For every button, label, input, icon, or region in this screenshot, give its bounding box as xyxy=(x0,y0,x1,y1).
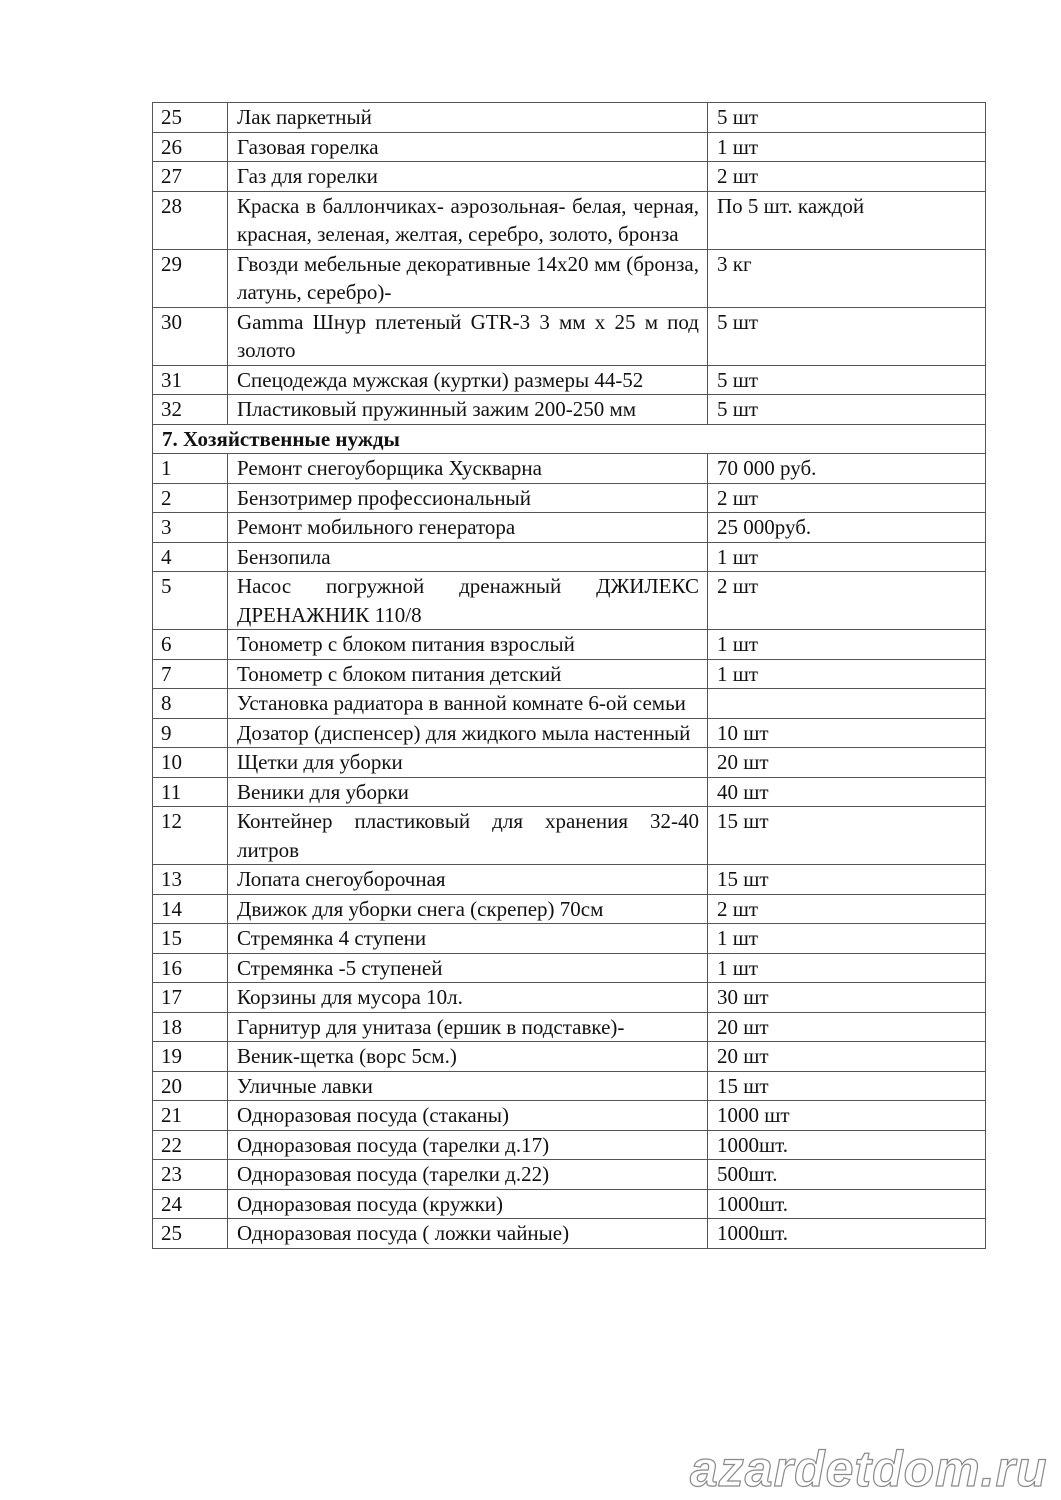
item-description: Тонометр с блоком питания детский xyxy=(228,659,708,689)
item-description: Газ для горелки xyxy=(228,162,708,192)
item-quantity: 15 шт xyxy=(708,1071,986,1101)
row-number: 6 xyxy=(153,630,228,660)
row-number: 10 xyxy=(153,748,228,778)
table-row: 24 Одноразовая посуда (кружки) 1000шт. xyxy=(153,1189,986,1219)
row-number: 9 xyxy=(153,718,228,748)
table-row: 9 Дозатор (диспенсер) для жидкого мыла н… xyxy=(153,718,986,748)
item-description: Веники для уборки xyxy=(228,777,708,807)
item-quantity: 1000 шт xyxy=(708,1101,986,1131)
item-quantity: 30 шт xyxy=(708,983,986,1013)
item-quantity xyxy=(708,689,986,719)
row-number: 13 xyxy=(153,865,228,895)
row-number: 2 xyxy=(153,483,228,513)
row-number: 25 xyxy=(153,1219,228,1249)
item-quantity: 2 шт xyxy=(708,483,986,513)
item-quantity: 1 шт xyxy=(708,953,986,983)
item-description: Одноразовая посуда (кружки) xyxy=(228,1189,708,1219)
table-row: 13 Лопата снегоуборочная 15 шт xyxy=(153,865,986,895)
item-description: Корзины для мусора 10л. xyxy=(228,983,708,1013)
row-number: 25 xyxy=(153,103,228,133)
item-description: Движок для уборки снега (скрепер) 70см xyxy=(228,894,708,924)
row-number: 7 xyxy=(153,659,228,689)
table-row: 30 Gamma Шнур плетеный GTR-3 3 мм x 25 м… xyxy=(153,307,986,365)
item-quantity: 70 000 руб. xyxy=(708,454,986,484)
row-number: 30 xyxy=(153,307,228,365)
row-number: 29 xyxy=(153,249,228,307)
site-watermark: azardetdom.ru xyxy=(690,1440,1048,1498)
item-quantity: 25 000руб. xyxy=(708,513,986,543)
row-number: 4 xyxy=(153,542,228,572)
item-description: Ремонт мобильного генератора xyxy=(228,513,708,543)
table-row: 23 Одноразовая посуда (тарелки д.22) 500… xyxy=(153,1160,986,1190)
row-number: 22 xyxy=(153,1130,228,1160)
table-body-section-header: 7. Хозяйственные нужды xyxy=(153,424,986,454)
table-row: 28 Краска в баллончиках- аэрозольная- бе… xyxy=(153,191,986,249)
table-body-household-needs: 1 Ремонт снегоуборщика Хускварна 70 000 … xyxy=(153,454,986,1249)
item-quantity: 5 шт xyxy=(708,103,986,133)
item-quantity: 10 шт xyxy=(708,718,986,748)
item-quantity: 1 шт xyxy=(708,132,986,162)
row-number: 12 xyxy=(153,807,228,865)
row-number: 24 xyxy=(153,1189,228,1219)
item-quantity: 1 шт xyxy=(708,630,986,660)
item-description: Стремянка 4 ступени xyxy=(228,924,708,954)
item-description: Gamma Шнур плетеный GTR-3 3 мм x 25 м по… xyxy=(228,307,708,365)
row-number: 17 xyxy=(153,983,228,1013)
item-quantity: 1 шт xyxy=(708,659,986,689)
table-row: 14 Движок для уборки снега (скрепер) 70с… xyxy=(153,894,986,924)
table-row: 22 Одноразовая посуда (тарелки д.17) 100… xyxy=(153,1130,986,1160)
table-row: 15 Стремянка 4 ступени 1 шт xyxy=(153,924,986,954)
item-quantity: 3 кг xyxy=(708,249,986,307)
row-number: 18 xyxy=(153,1012,228,1042)
item-description: Одноразовая посуда ( ложки чайные) xyxy=(228,1219,708,1249)
item-description: Ремонт снегоуборщика Хускварна xyxy=(228,454,708,484)
table-row: 17 Корзины для мусора 10л. 30 шт xyxy=(153,983,986,1013)
item-quantity: 20 шт xyxy=(708,748,986,778)
table-row: 8 Установка радиатора в ванной комнате 6… xyxy=(153,689,986,719)
item-quantity: 2 шт xyxy=(708,894,986,924)
item-description: Тонометр с блоком питания взрослый xyxy=(228,630,708,660)
item-quantity: По 5 шт. каждой xyxy=(708,191,986,249)
item-quantity: 2 шт xyxy=(708,162,986,192)
row-number: 1 xyxy=(153,454,228,484)
row-number: 5 xyxy=(153,572,228,630)
row-number: 20 xyxy=(153,1071,228,1101)
supplies-table: 25 Лак паркетный 5 шт 26 Газовая горелка… xyxy=(152,102,986,1249)
row-number: 21 xyxy=(153,1101,228,1131)
item-description: Веник-щетка (ворс 5см.) xyxy=(228,1042,708,1072)
item-description: Насос погружной дренажный ДЖИЛЕКС ДРЕНАЖ… xyxy=(228,572,708,630)
row-number: 19 xyxy=(153,1042,228,1072)
item-quantity: 1000шт. xyxy=(708,1189,986,1219)
table-row: 19 Веник-щетка (ворс 5см.) 20 шт xyxy=(153,1042,986,1072)
table-row: 25 Одноразовая посуда ( ложки чайные) 10… xyxy=(153,1219,986,1249)
row-number: 3 xyxy=(153,513,228,543)
item-quantity: 5 шт xyxy=(708,307,986,365)
item-description: Одноразовая посуда (тарелки д.22) xyxy=(228,1160,708,1190)
item-quantity: 40 шт xyxy=(708,777,986,807)
item-description: Бензотример профессиональный xyxy=(228,483,708,513)
item-description: Дозатор (диспенсер) для жидкого мыла нас… xyxy=(228,718,708,748)
item-quantity: 5 шт xyxy=(708,365,986,395)
item-description: Установка радиатора в ванной комнате 6-о… xyxy=(228,689,708,719)
table-row: 26 Газовая горелка 1 шт xyxy=(153,132,986,162)
table-row: 27 Газ для горелки 2 шт xyxy=(153,162,986,192)
table-row: 11 Веники для уборки 40 шт xyxy=(153,777,986,807)
row-number: 8 xyxy=(153,689,228,719)
item-description: Гвозди мебельные декоративные 14х20 мм (… xyxy=(228,249,708,307)
section-title: 7. Хозяйственные нужды xyxy=(153,424,986,454)
table-row: 6 Тонометр с блоком питания взрослый 1 ш… xyxy=(153,630,986,660)
row-number: 28 xyxy=(153,191,228,249)
table-row: 32 Пластиковый пружинный зажим 200-250 м… xyxy=(153,395,986,425)
table-row: 7 Тонометр с блоком питания детский 1 шт xyxy=(153,659,986,689)
table-row: 29 Гвозди мебельные декоративные 14х20 м… xyxy=(153,249,986,307)
row-number: 23 xyxy=(153,1160,228,1190)
table-row: 1 Ремонт снегоуборщика Хускварна 70 000 … xyxy=(153,454,986,484)
item-description: Одноразовая посуда (стаканы) xyxy=(228,1101,708,1131)
table-row: 3 Ремонт мобильного генератора 25 000руб… xyxy=(153,513,986,543)
item-description: Щетки для уборки xyxy=(228,748,708,778)
row-number: 11 xyxy=(153,777,228,807)
item-quantity: 1 шт xyxy=(708,924,986,954)
item-quantity: 1000шт. xyxy=(708,1130,986,1160)
table-row: 20 Уличные лавки 15 шт xyxy=(153,1071,986,1101)
document-page: 25 Лак паркетный 5 шт 26 Газовая горелка… xyxy=(152,102,985,1249)
row-number: 14 xyxy=(153,894,228,924)
item-description: Стремянка -5 ступеней xyxy=(228,953,708,983)
item-description: Спецодежда мужская (куртки) размеры 44-5… xyxy=(228,365,708,395)
item-description: Бензопила xyxy=(228,542,708,572)
item-quantity: 1000шт. xyxy=(708,1219,986,1249)
table-row: 2 Бензотример профессиональный 2 шт xyxy=(153,483,986,513)
item-quantity: 20 шт xyxy=(708,1042,986,1072)
item-quantity: 1 шт xyxy=(708,542,986,572)
table-row: 16 Стремянка -5 ступеней 1 шт xyxy=(153,953,986,983)
table-row: 5 Насос погружной дренажный ДЖИЛЕКС ДРЕН… xyxy=(153,572,986,630)
item-description: Одноразовая посуда (тарелки д.17) xyxy=(228,1130,708,1160)
row-number: 26 xyxy=(153,132,228,162)
table-row: 10 Щетки для уборки 20 шт xyxy=(153,748,986,778)
table-row: 25 Лак паркетный 5 шт xyxy=(153,103,986,133)
item-description: Контейнер пластиковый для хранения 32-40… xyxy=(228,807,708,865)
row-number: 15 xyxy=(153,924,228,954)
table-row: 31 Спецодежда мужская (куртки) размеры 4… xyxy=(153,365,986,395)
table-row: 21 Одноразовая посуда (стаканы) 1000 шт xyxy=(153,1101,986,1131)
item-description: Гарнитур для унитаза (ершик в подставке)… xyxy=(228,1012,708,1042)
table-row: 4 Бензопила 1 шт xyxy=(153,542,986,572)
row-number: 31 xyxy=(153,365,228,395)
item-description: Газовая горелка xyxy=(228,132,708,162)
item-description: Лак паркетный xyxy=(228,103,708,133)
item-description: Краска в баллончиках- аэрозольная- белая… xyxy=(228,191,708,249)
item-description: Пластиковый пружинный зажим 200-250 мм xyxy=(228,395,708,425)
item-quantity: 2 шт xyxy=(708,572,986,630)
item-description: Уличные лавки xyxy=(228,1071,708,1101)
item-quantity: 15 шт xyxy=(708,807,986,865)
item-description: Лопата снегоуборочная xyxy=(228,865,708,895)
table-row: 18 Гарнитур для унитаза (ершик в подстав… xyxy=(153,1012,986,1042)
table-row: 12 Контейнер пластиковый для хранения 32… xyxy=(153,807,986,865)
section-header-row: 7. Хозяйственные нужды xyxy=(153,424,986,454)
item-quantity: 500шт. xyxy=(708,1160,986,1190)
row-number: 32 xyxy=(153,395,228,425)
row-number: 16 xyxy=(153,953,228,983)
item-quantity: 20 шт xyxy=(708,1012,986,1042)
table-body-previous-section: 25 Лак паркетный 5 шт 26 Газовая горелка… xyxy=(153,103,986,425)
row-number: 27 xyxy=(153,162,228,192)
item-quantity: 15 шт xyxy=(708,865,986,895)
item-quantity: 5 шт xyxy=(708,395,986,425)
